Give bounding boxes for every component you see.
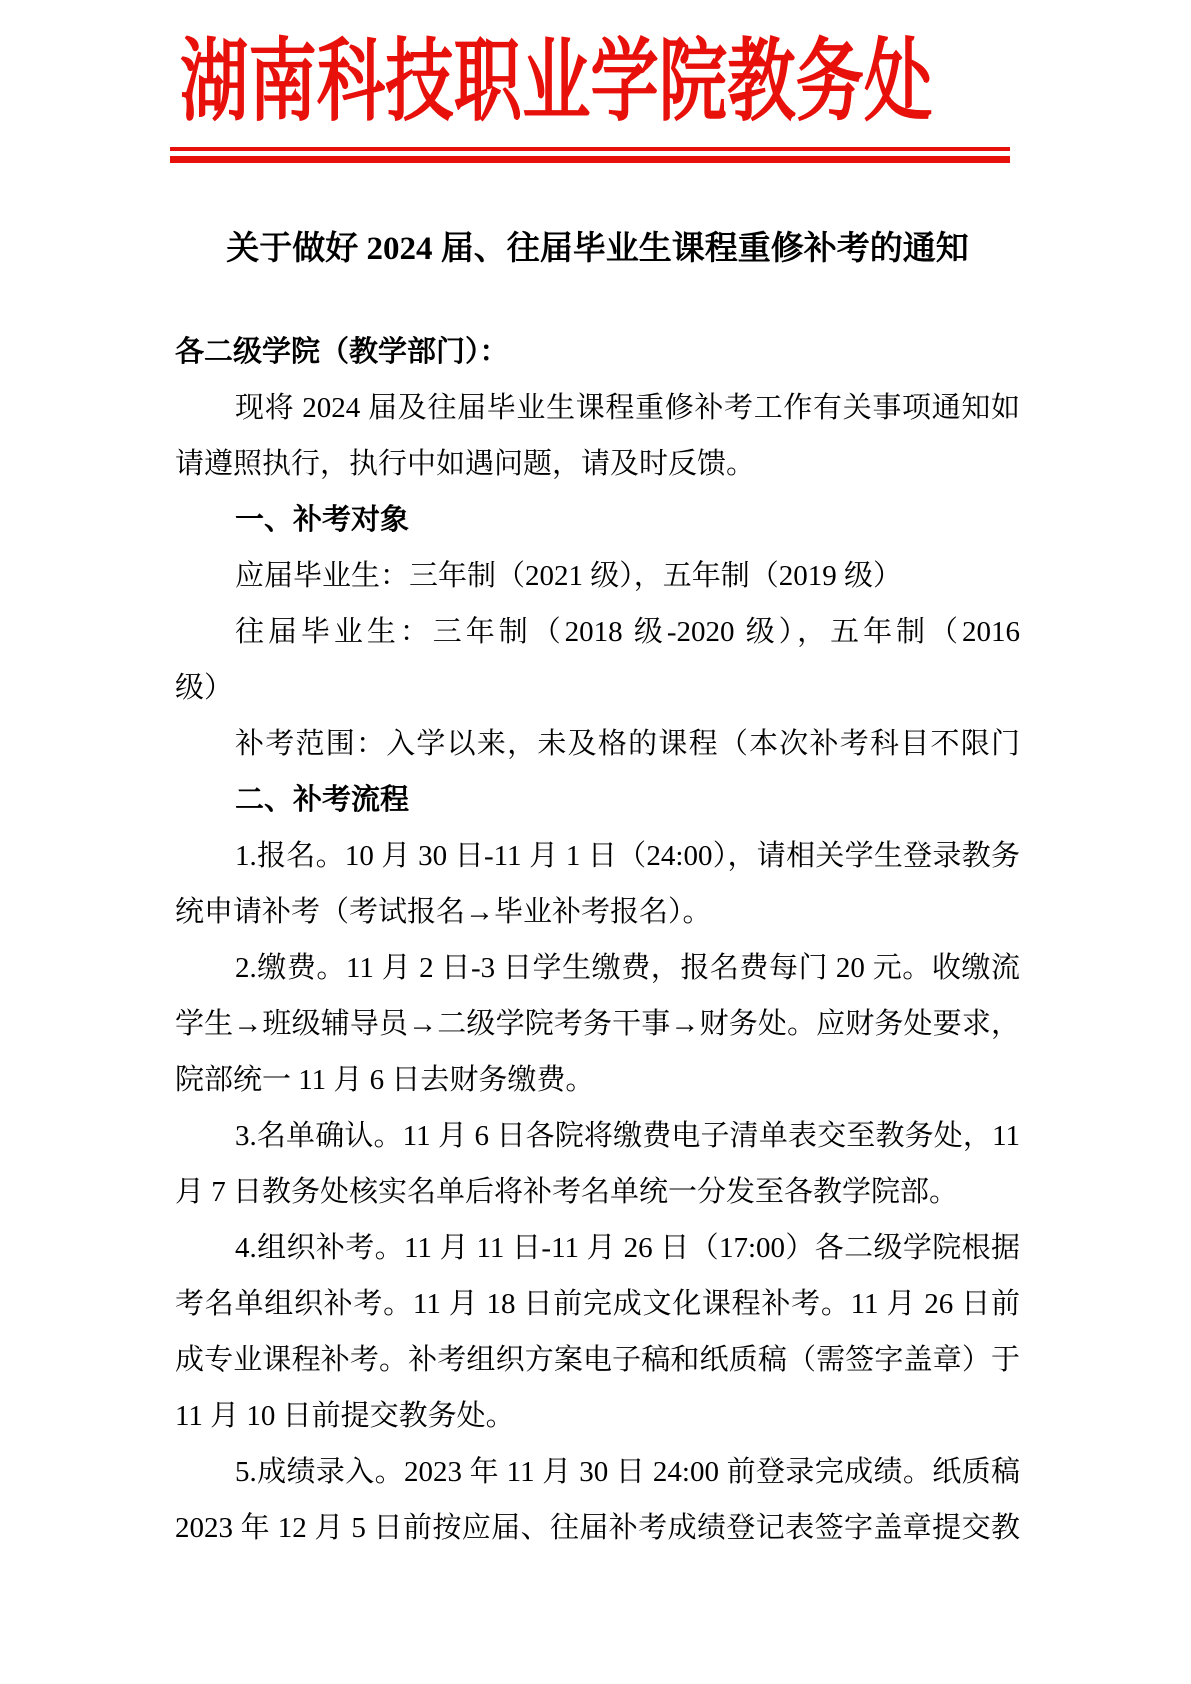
- body-line: 2.缴费。11 月 2 日-3 日学生缴费，报名费每门 20 元。收缴流程：: [175, 940, 1020, 996]
- body-line: 2023 年 12 月 5 日前按应届、往届补考成绩登记表签字盖章提交教务: [175, 1500, 1020, 1556]
- body-line: 一、补考对象: [175, 492, 1020, 548]
- body-line: 往届毕业生：三年制（2018 级-2020 级），五年制（2016 级-2018: [175, 604, 1020, 660]
- letterhead-rule-thin: [170, 147, 1010, 151]
- body-line: 3.名单确认。11 月 6 日各院将缴费电子清单表交至教务处，11: [175, 1108, 1020, 1164]
- letterhead-title: 湖南科技职业学院教务处: [180, 36, 932, 130]
- body-line: 二、补考流程: [175, 772, 1020, 828]
- body-line: 5.成绩录入。2023 年 11 月 30 日 24:00 前登录完成绩。纸质稿…: [175, 1444, 1020, 1500]
- body-line: 11 月 10 日前提交教务处。: [175, 1388, 1020, 1444]
- body-line: 补考范围：入学以来，未及格的课程（本次补考科目不限门次）: [175, 716, 1020, 772]
- body-line: 学生→班级辅导员→二级学院考务干事→财务处。应财务处要求，各: [175, 996, 1020, 1052]
- letterhead-rule-thick: [170, 156, 1010, 163]
- body-line: 级）: [175, 660, 1020, 716]
- body-line: 月 7 日教务处核实名单后将补考名单统一分发至各教学院部。: [175, 1164, 1020, 1220]
- body-line: 院部统一 11 月 6 日去财务缴费。: [175, 1052, 1020, 1108]
- body-lines: 各二级学院（教学部门）：现将 2024 届及往届毕业生课程重修补考工作有关事项通…: [175, 324, 1020, 1556]
- body-line: 考名单组织补考。11 月 18 日前完成文化课程补考。11 月 26 日前完: [175, 1276, 1020, 1332]
- body-line: 统申请补考（考试报名→毕业补考报名）。: [175, 884, 1020, 940]
- body-line: 4.组织补考。11 月 11 日-11 月 26 日（17:00）各二级学院根据…: [175, 1220, 1020, 1276]
- body-line: 1.报名。10 月 30 日-11 月 1 日（24:00），请相关学生登录教务…: [175, 828, 1020, 884]
- document-title: 关于做好 2024 届、往届毕业生课程重修补考的通知: [175, 228, 1020, 270]
- document-page: 湖南科技职业学院教务处 关于做好 2024 届、往届毕业生课程重修补考的通知 各…: [0, 0, 1191, 1684]
- body-line: 现将 2024 届及往届毕业生课程重修补考工作有关事项通知如下，: [175, 380, 1020, 436]
- body-line: 各二级学院（教学部门）：: [175, 324, 1020, 380]
- body-line: 成专业课程补考。补考组织方案电子稿和纸质稿（需签字盖章）于: [175, 1332, 1020, 1388]
- body-line: 请遵照执行，执行中如遇问题，请及时反馈。: [175, 436, 1020, 492]
- body-line: 应届毕业生：三年制（2021 级），五年制（2019 级）: [175, 548, 1020, 604]
